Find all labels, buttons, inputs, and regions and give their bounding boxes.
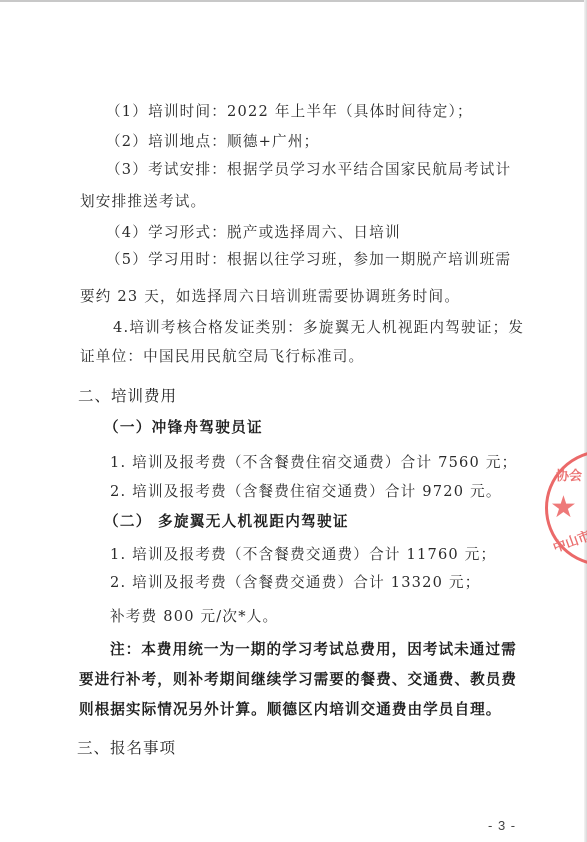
- subheading-multirotor-drone-license: （二） 多旋翼无人机视距内驾驶证: [104, 512, 349, 532]
- fee-item-boat-2: 2. 培训及报考费（含餐费住宿交通费）合计 9720 元。: [110, 482, 502, 502]
- page-top-edge: [0, 0, 587, 2]
- fee-note-line-3: 则根据实际情况另外计算。顺德区内培训交通费由学员自理。: [79, 700, 501, 720]
- paragraph-certificate-type: 4.培训考核合格发证类别：多旋翼无人机视距内驾驶证；发: [113, 318, 524, 338]
- fee-item-drone-2: 2. 培训及报考费（含餐费交通费）合计 13320 元；: [110, 573, 481, 593]
- fee-note-line-2: 要进行补考，则补考期间继续学习需要的餐费、交通费、教员费: [79, 670, 517, 690]
- section-heading-training-fees: 二、培训费用: [78, 386, 177, 406]
- subheading-assault-boat-license: （一）冲锋舟驾驶员证: [104, 418, 263, 438]
- fee-note-line-1: 注：本费用统一为一期的学习考试总费用，因考试未通过需: [110, 640, 517, 660]
- paragraph-exam-arrangement: （3）考试安排：根据学员学习水平结合国家民航局考试计: [106, 160, 511, 180]
- stamp-bottom-text: 中山市: [550, 525, 587, 556]
- paragraph-certificate-type-cont: 证单位：中国民用民航空局飞行标准司。: [80, 347, 364, 367]
- stamp-top-text: 协会: [556, 465, 582, 484]
- page-number: - 3 -: [488, 818, 516, 833]
- section-heading-registration: 三、报名事项: [77, 738, 176, 758]
- paragraph-exam-arrangement-cont: 划安排推送考试。: [80, 192, 206, 212]
- paragraph-training-time: （1）培训时间：2022 年上半年（具体时间待定）；: [106, 102, 473, 122]
- official-seal-stamp: 协会 ★ 中山市: [545, 450, 587, 566]
- fee-item-drone-1: 1. 培训及报考费（不含餐费交通费）合计 11760 元；: [110, 545, 496, 565]
- paragraph-study-form: （4）学习形式：脱产或选择周六、日培训: [106, 223, 401, 243]
- makeup-exam-fee: 补考费 800 元/次*人。: [110, 607, 278, 627]
- stamp-star-icon: ★: [550, 493, 577, 523]
- paragraph-study-duration: （5）学习用时：根据以往学习班，参加一期脱产培训班需: [106, 250, 511, 270]
- paragraph-study-duration-cont: 要约 23 天，如选择周六日培训班需要协调班务时间。: [80, 287, 460, 307]
- paragraph-training-location: （2）培训地点：顺德+广州；: [106, 132, 319, 152]
- fee-item-boat-1: 1. 培训及报考费（不含餐费住宿交通费）合计 7560 元；: [110, 453, 517, 473]
